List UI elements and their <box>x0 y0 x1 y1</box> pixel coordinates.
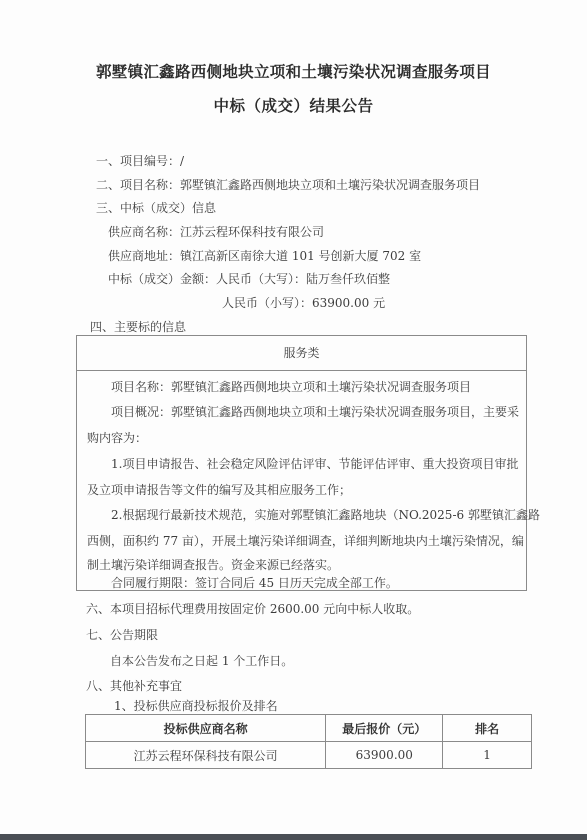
section-project-name: 二、项目名称：郭墅镇汇鑫路西侧地块立项和土壤污染状况调查服务项目 <box>96 176 480 193</box>
supplier-address: 供应商地址：镇江高新区南徐大道 101 号创新大厦 702 室 <box>108 247 421 264</box>
ranking-subtitle: 1、投标供应商投标报价及排名 <box>114 697 278 714</box>
scan-edge-strip <box>0 834 587 840</box>
header-rank: 排名 <box>443 715 532 742</box>
box-item2-line3: 制土壤污染详细调查报告。资金来源已经落实。 <box>87 556 339 573</box>
header-supplier-name: 投标供应商名称 <box>86 715 326 742</box>
cell-rank: 1 <box>443 742 532 769</box>
cell-final-price: 63900.00 <box>326 742 443 769</box>
section-other-matters: 八、其他补充事宜 <box>86 677 182 694</box>
box-item2-line2: 西侧，面积约 77 亩），开展土壤污染详细调查，详细判断地块内土壤污染情况，编 <box>87 532 524 549</box>
table-row: 江苏云程环保科技有限公司 63900.00 1 <box>86 742 532 769</box>
table-header-row: 投标供应商名称 最后报价（元） 排名 <box>86 715 532 742</box>
service-category-header: 服务类 <box>77 336 526 371</box>
box-item1-line2: 及立项申请报告等文件的编写及其相应服务工作； <box>87 481 351 498</box>
cell-supplier-name: 江苏云程环保科技有限公司 <box>86 742 326 769</box>
section-project-number: 一、项目编号：/ <box>96 152 184 169</box>
section-notice-period: 七、公告期限 <box>86 626 158 643</box>
supplier-name: 供应商名称：江苏云程环保科技有限公司 <box>108 223 324 240</box>
section-award-info: 三、中标（成交）信息 <box>96 199 216 216</box>
box-overview-line2: 购内容为： <box>87 429 147 446</box>
award-amount-lower: 人民币（小写）：63900.00 元 <box>222 294 385 311</box>
document-title: 郭墅镇汇鑫路西侧地块立项和土壤污染状况调查服务项目 <box>0 60 587 82</box>
notice-period-body: 自本公告发布之日起 1 个工作日。 <box>110 652 293 669</box>
section-agency-fee: 六、本项目招标代理费用按固定价 2600.00 元向中标人收取。 <box>86 600 419 617</box>
box-item1-line1: 1.项目申请报告、社会稳定风险评估评审、节能评估评审、重大投资项目审批 <box>111 455 518 472</box>
award-amount-upper: 中标（成交）金额：人民币（大写）：陆万叁仟玖佰整 <box>108 270 390 287</box>
service-info-box: 服务类 项目名称：郭墅镇汇鑫路西侧地块立项和土壤污染状况调查服务项目 项目概况：… <box>76 335 527 591</box>
header-final-price: 最后报价（元） <box>326 715 443 742</box>
document-page: 郭墅镇汇鑫路西侧地块立项和土壤污染状况调查服务项目 中标（成交）结果公告 一、项… <box>0 0 587 834</box>
document-subtitle: 中标（成交）结果公告 <box>0 94 587 116</box>
box-project-name: 项目名称：郭墅镇汇鑫路西侧地块立项和土壤污染状况调查服务项目 <box>111 378 471 395</box>
box-contract-period: 合同履行期限：签订合同后 45 日历天完成全部工作。 <box>111 574 398 591</box>
section-main-subject: 四、主要标的信息 <box>90 318 186 335</box>
box-item2-line1: 2.根据现行最新技术规范，实施对郭墅镇汇鑫路地块（NO.2025-6 郭墅镇汇鑫… <box>111 506 540 523</box>
box-overview-line1: 项目概况：郭墅镇汇鑫路西侧地块立项和土壤污染状况调查服务项目，主要采 <box>111 403 519 420</box>
ranking-table: 投标供应商名称 最后报价（元） 排名 江苏云程环保科技有限公司 63900.00… <box>85 714 532 769</box>
